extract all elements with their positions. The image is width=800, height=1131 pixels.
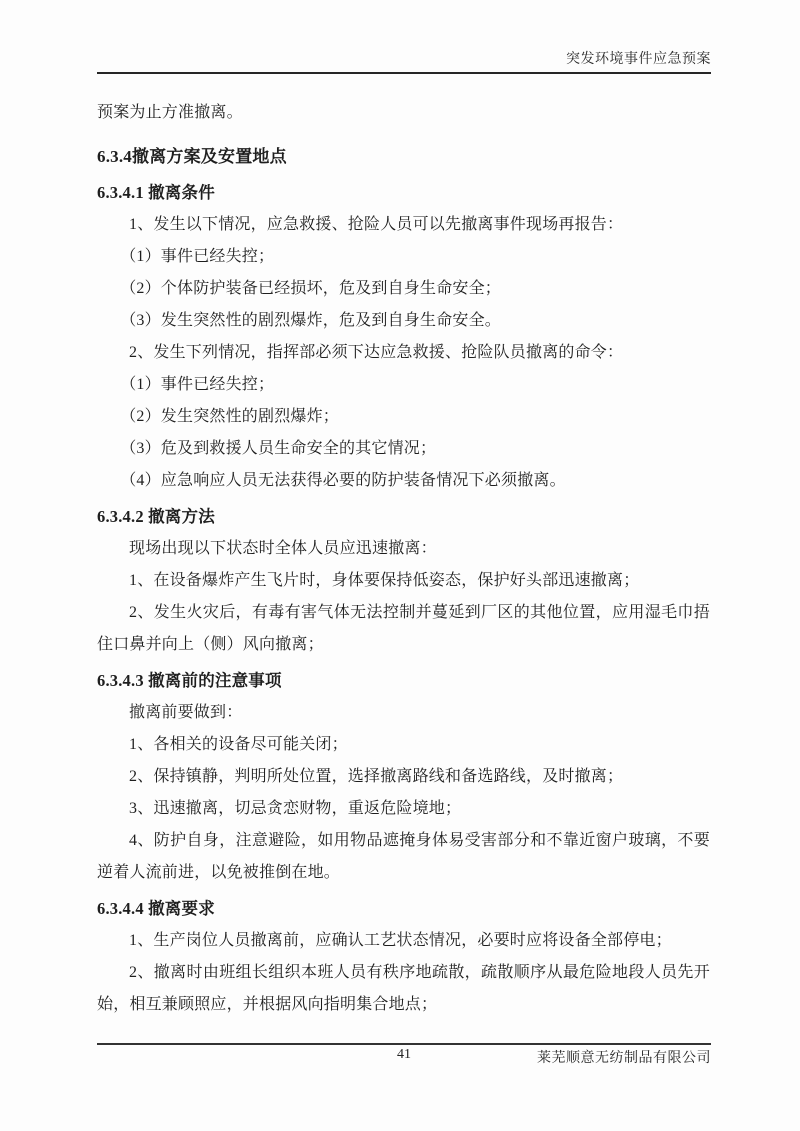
document-body: 预案为止方准撤离。6.3.4撤离方案及安置地点6.3.4.1 撤离条件1、发生以… [97, 97, 710, 1021]
paragraph: 3、迅速撤离，切忌贪恋财物，重返危险境地； [97, 793, 710, 825]
paragraph: 现场出现以下状态时全体人员应迅速撤离： [97, 533, 710, 565]
paragraph: 撤离前要做到： [97, 697, 710, 729]
section-heading: 6.3.4.2 撤离方法 [97, 501, 710, 533]
section-heading: 6.3.4.4 撤离要求 [97, 893, 710, 925]
paragraph: 预案为止方准撤离。 [97, 97, 710, 129]
header-title: 突发环境事件应急预案 [566, 52, 711, 67]
paragraph: 1、各相关的设备尽可能关闭； [97, 729, 710, 761]
page-header: 突发环境事件应急预案 [97, 50, 711, 74]
paragraph: （2）个体防护装备已经损坏，危及到自身生命安全； [97, 273, 710, 305]
footer-company: 莱芜顺意无纺制品有限公司 [537, 1047, 711, 1067]
paragraph: （2）发生突然性的剧烈爆炸； [97, 401, 710, 433]
paragraph: 1、在设备爆炸产生飞片时，身体要保持低姿态，保护好头部迅速撤离； [97, 565, 710, 597]
page-footer: 41 莱芜顺意无纺制品有限公司 [97, 1043, 711, 1069]
paragraph: （4）应急响应人员无法获得必要的防护装备情况下必须撤离。 [97, 465, 710, 497]
paragraph: （3）危及到救援人员生命安全的其它情况； [97, 433, 710, 465]
paragraph: （1）事件已经失控； [97, 369, 710, 401]
paragraph: 2、发生火灾后，有毒有害气体无法控制并蔓延到厂区的其他位置，应用湿毛巾捂住口鼻并… [97, 597, 710, 661]
paragraph: 2、保持镇静，判明所处位置，选择撤离路线和备选路线，及时撤离； [97, 761, 710, 793]
document-page: 突发环境事件应急预案 预案为止方准撤离。6.3.4撤离方案及安置地点6.3.4.… [0, 0, 800, 1131]
paragraph: 4、防护自身，注意避险，如用物品遮掩身体易受害部分和不靠近窗户玻璃，不要逆着人流… [97, 825, 710, 889]
section-heading: 6.3.4.1 撤离条件 [97, 177, 710, 209]
paragraph: （1）事件已经失控； [97, 241, 710, 273]
paragraph: （3）发生突然性的剧烈爆炸，危及到自身生命安全。 [97, 305, 710, 337]
paragraph: 2、发生下列情况，指挥部必须下达应急救援、抢险队员撤离的命令： [97, 337, 710, 369]
paragraph: 2、撤离时由班组长组织本班人员有秩序地疏散，疏散顺序从最危险地段人员先开始，相互… [97, 957, 710, 1021]
paragraph: 1、生产岗位人员撤离前，应确认工艺状态情况，必要时应将设备全部停电； [97, 925, 710, 957]
paragraph: 1、发生以下情况，应急救援、抢险人员可以先撤离事件现场再报告： [97, 209, 710, 241]
section-heading: 6.3.4.3 撤离前的注意事项 [97, 665, 710, 697]
section-heading: 6.3.4撤离方案及安置地点 [97, 141, 710, 173]
